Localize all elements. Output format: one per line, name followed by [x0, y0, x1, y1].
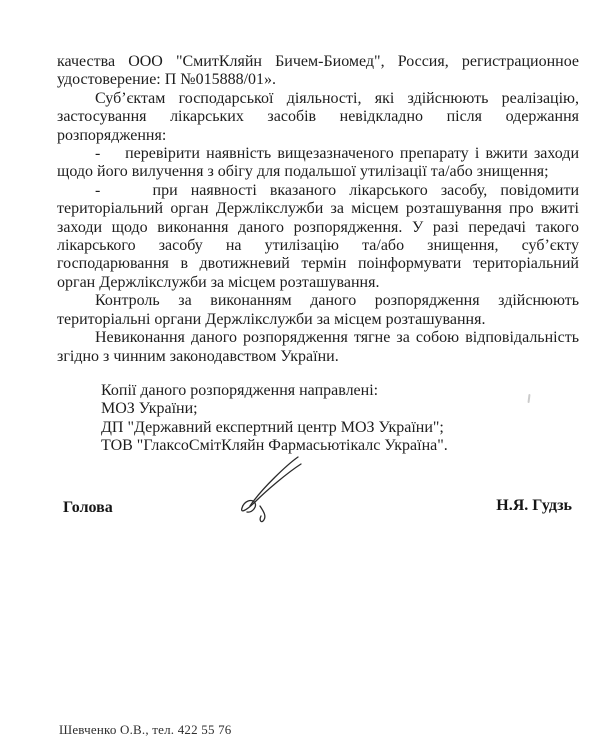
recipients-heading: Копії даного розпорядження направлені: [101, 382, 579, 400]
paragraph-control: Контроль за виконанням даного розпорядже… [57, 292, 579, 329]
recipient-moz: МОЗ України; [101, 400, 579, 418]
paragraph-bullet-check: - перевірити наявність вищезазначеного п… [57, 145, 579, 182]
paragraph-subjects: Суб’єктам господарської діяльності, які … [57, 90, 579, 145]
footer-contact: Шевченко О.В., тел. 422 55 76 [59, 722, 232, 738]
document-page: качества ООО "СмитКляйн Бичем-Биомед", Р… [0, 0, 605, 755]
paragraph-liability: Невиконання даного розпорядження тягне з… [57, 329, 579, 366]
paragraph-bullet-notify: - при наявності вказаного лікарського за… [57, 182, 579, 292]
document-text: качества ООО "СмитКляйн Бичем-Биомед", Р… [57, 53, 579, 456]
signature-row: Голова Н.Я. Гудзь [57, 497, 578, 519]
recipient-expert-center: ДП "Державний експертний центр МОЗ Украї… [101, 419, 579, 437]
recipient-gsk: ТОВ "ГлаксоСмітКляйн Фармасьютікалс Укра… [101, 437, 579, 455]
signatory-name: Н.Я. Гудзь [496, 497, 572, 515]
paragraph-registration: качества ООО "СмитКляйн Бичем-Биомед", Р… [57, 53, 579, 90]
signatory-title: Голова [63, 499, 113, 517]
recipients-block: Копії даного розпорядження направлені: М… [101, 382, 579, 456]
handwritten-signature-icon [232, 448, 312, 526]
